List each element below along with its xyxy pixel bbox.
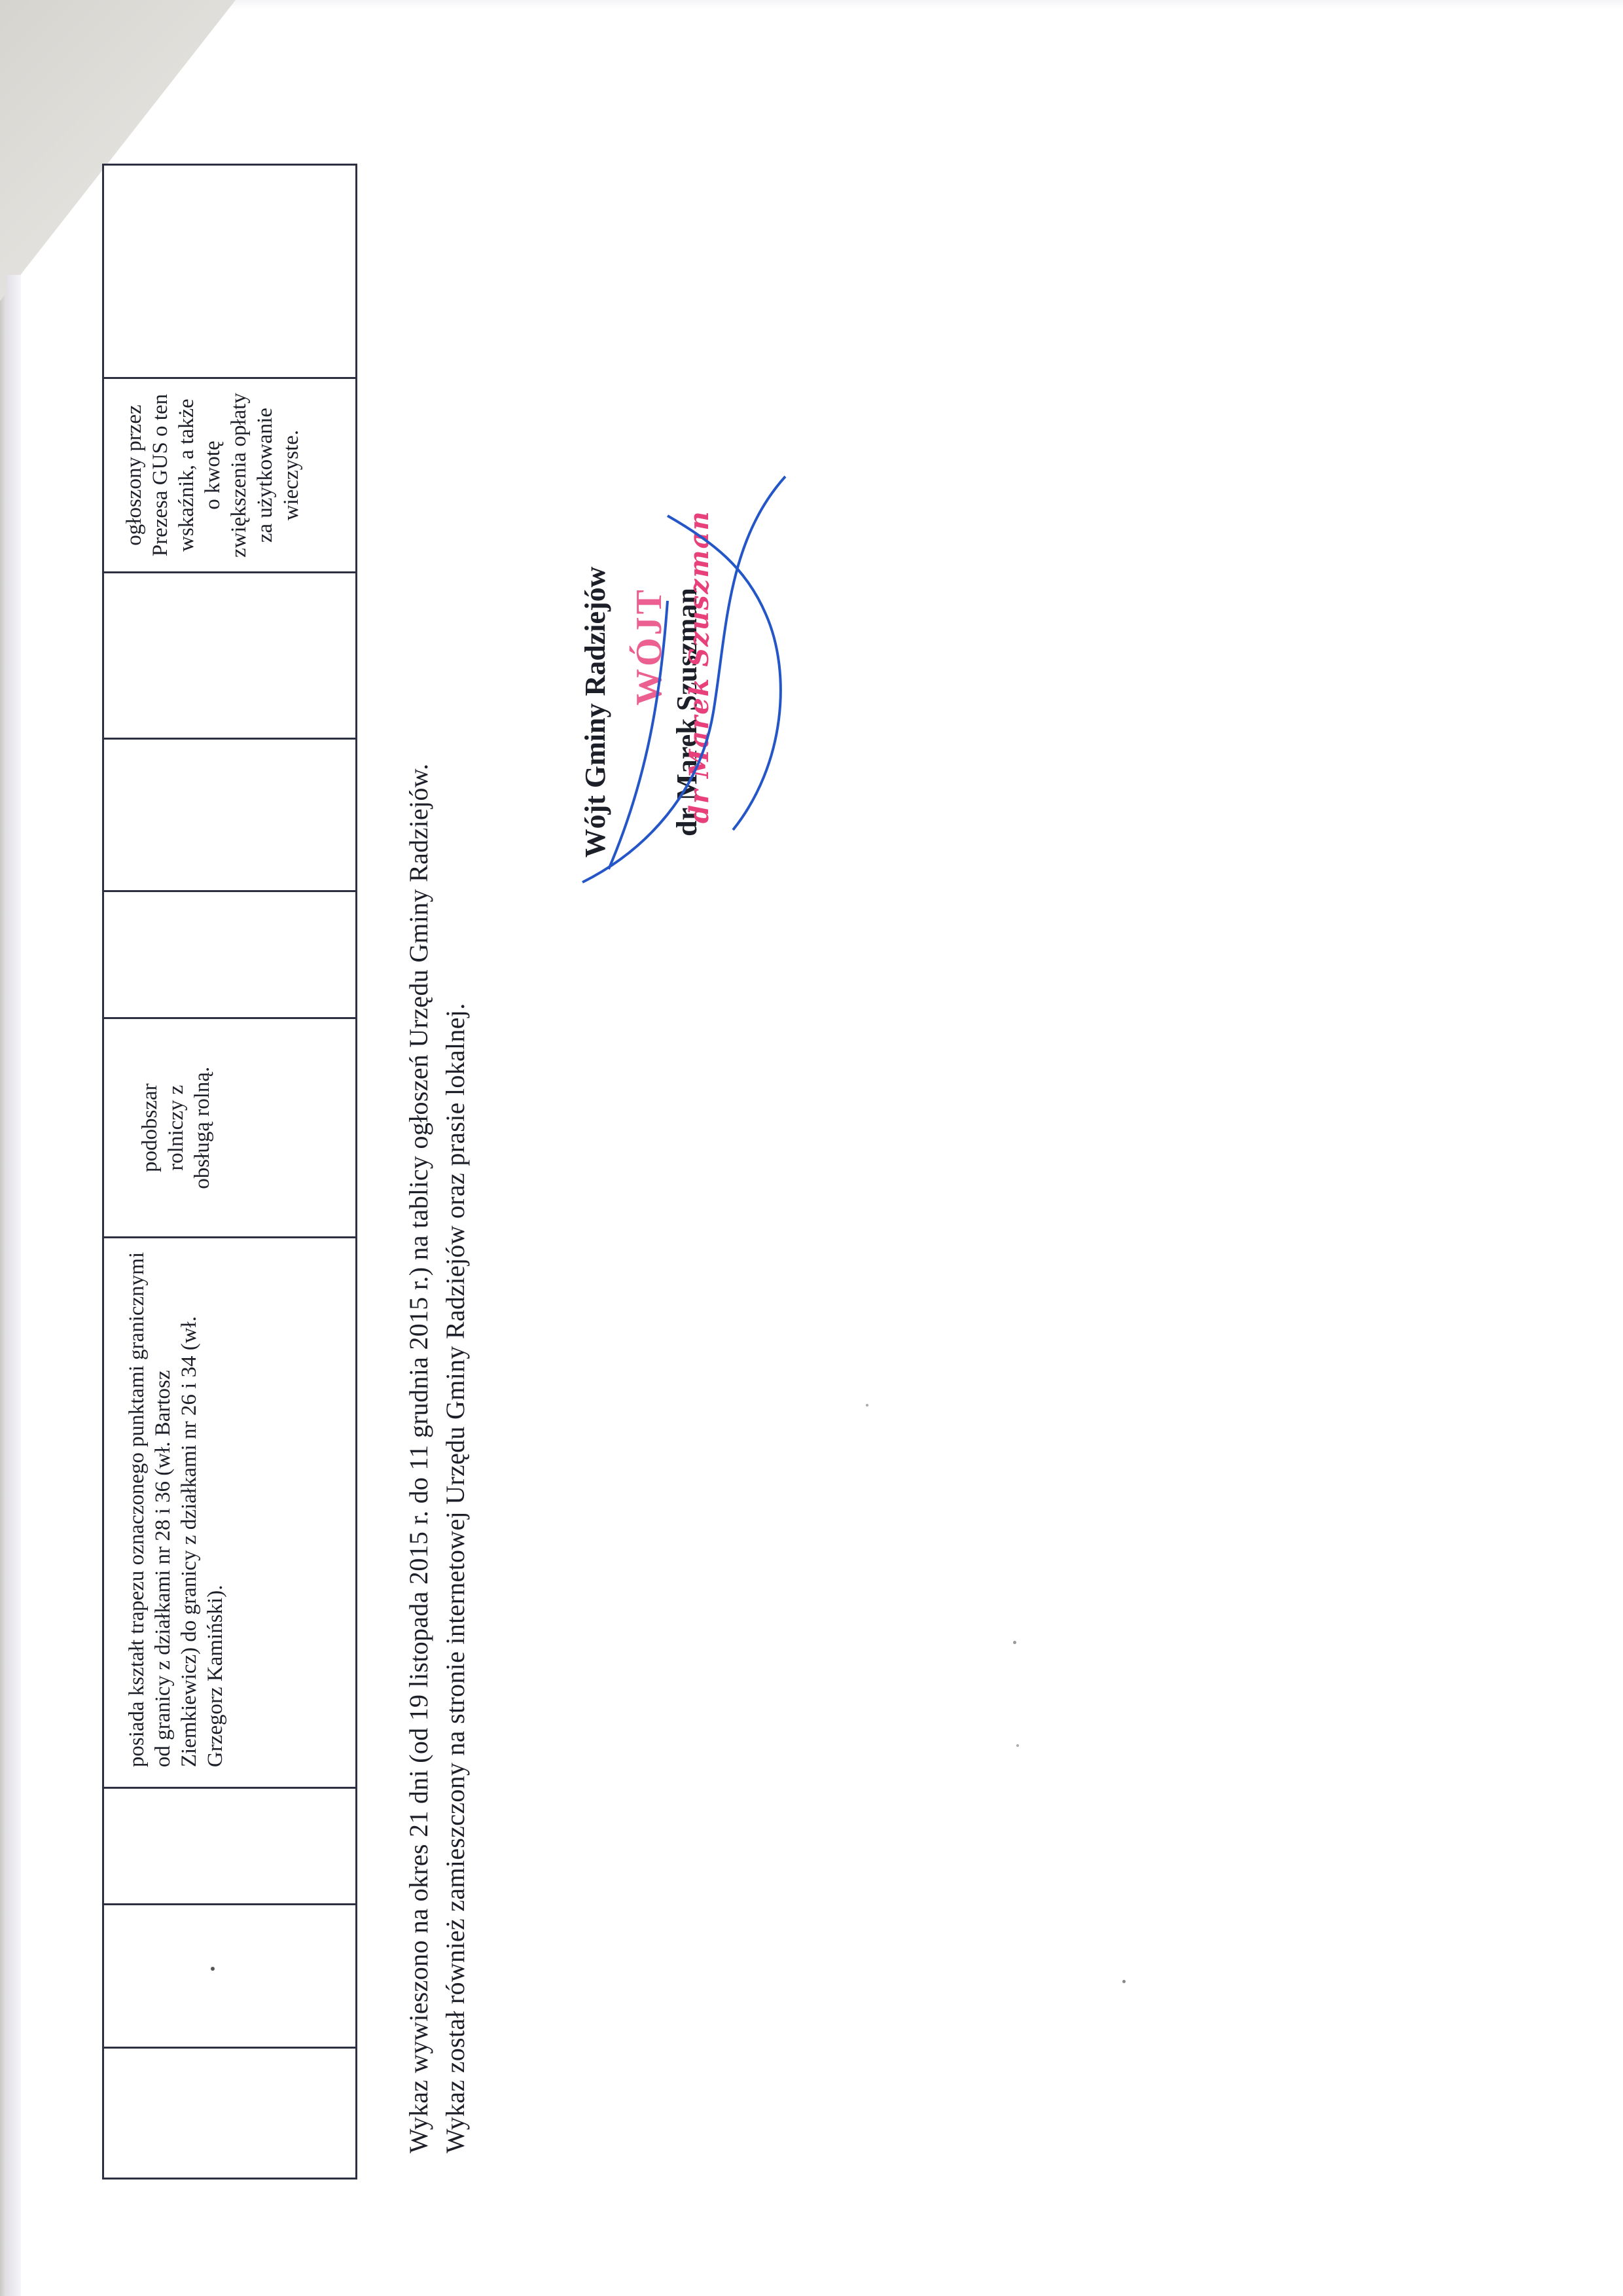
property-table: posiada kształt trapezu oznaczonego punk… xyxy=(102,164,357,2179)
scan-speck xyxy=(1122,1980,1126,1983)
table-cell-6 xyxy=(104,890,355,1018)
fee-note-text: ogłoszony przez Prezesa GUS o ten wskaźn… xyxy=(122,393,303,558)
plot-description-text: posiada kształt trapezu oznaczonego punk… xyxy=(125,1252,227,1767)
table-cell-2 xyxy=(104,1903,355,2047)
scan-speck xyxy=(1016,1744,1019,1747)
handwritten-signature-icon xyxy=(569,450,805,908)
posting-notice: Wykaz wywieszono na okres 21 dni (od 19 … xyxy=(401,763,474,2153)
table-cell-fee-note: ogłoszony przez Prezesa GUS o ten wskaźn… xyxy=(104,377,355,571)
table-cell-10 xyxy=(104,166,355,377)
table-cell-description: posiada kształt trapezu oznaczonego punk… xyxy=(104,1236,355,1787)
scan-speck xyxy=(866,1404,868,1407)
table-cell-8 xyxy=(104,571,355,738)
notice-line-1: Wykaz wywieszono na okres 21 dni (od 19 … xyxy=(401,763,437,2153)
table-cell-1 xyxy=(104,2047,355,2178)
notice-line-2: Wykaz został również zamieszczony na str… xyxy=(437,763,474,2153)
scan-speck xyxy=(211,1967,215,1971)
table-cell-zoning: podobszar rolniczy z obsługą rolną. xyxy=(104,1017,355,1236)
rotated-page: posiada kształt trapezu oznaczonego punk… xyxy=(0,0,1623,2296)
table-cell-3 xyxy=(104,1787,355,1903)
scan-speck xyxy=(1013,1641,1016,1644)
zoning-text: podobszar rolniczy z obsługą rolną. xyxy=(138,1067,214,1189)
table-cell-7 xyxy=(104,738,355,890)
